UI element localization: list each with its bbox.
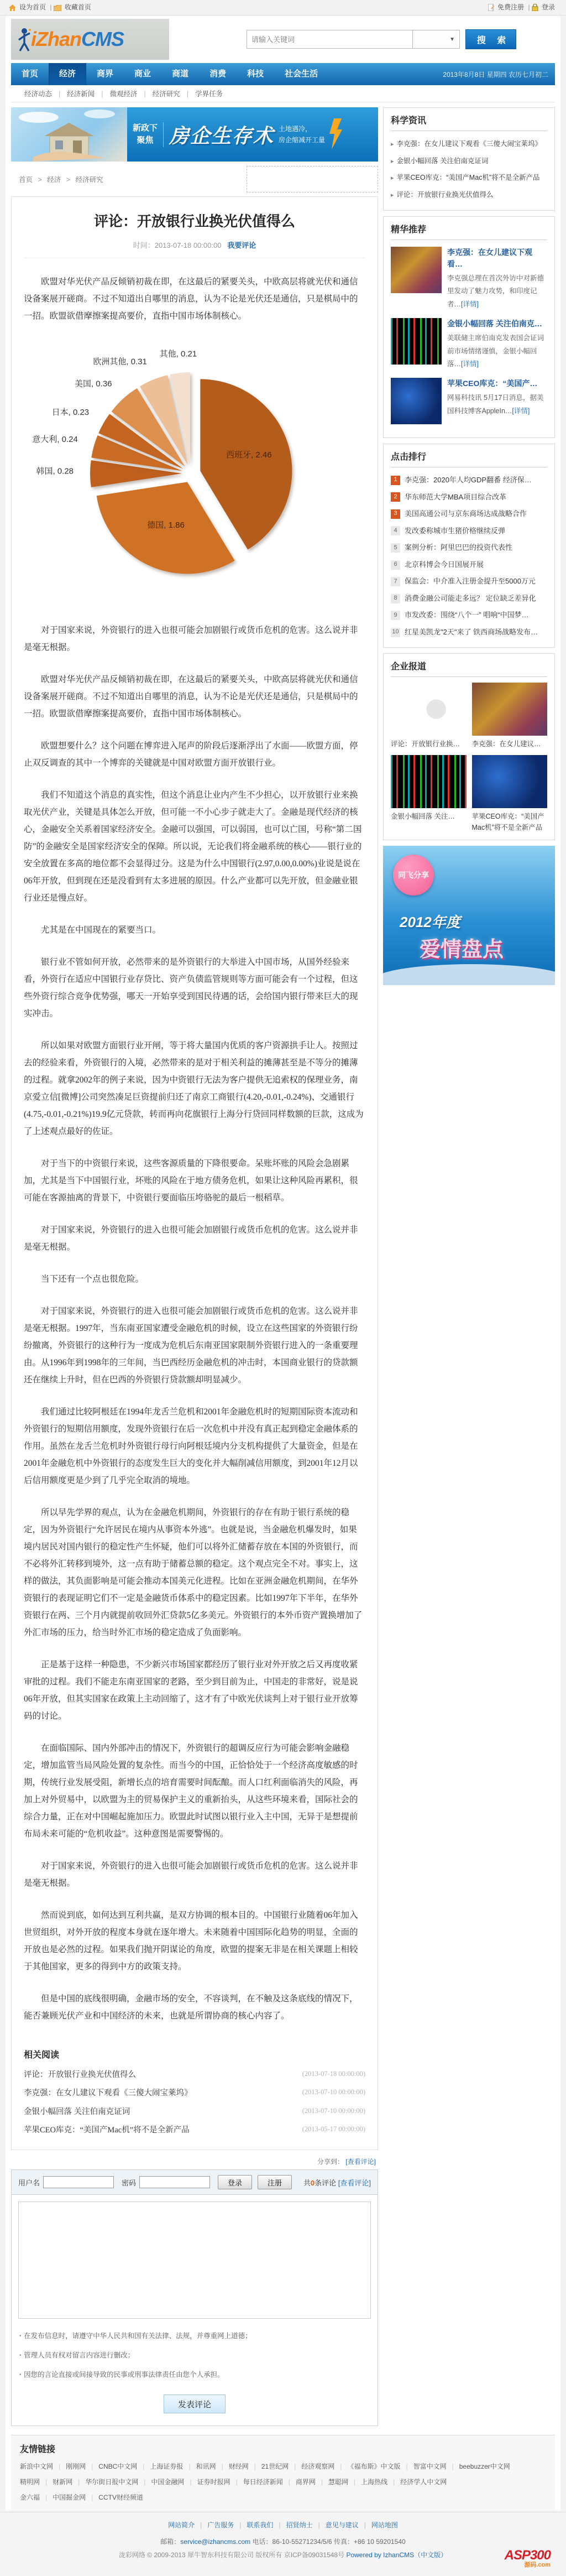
enterprise-thumbnail (391, 755, 467, 808)
ranking-item-link[interactable]: 美国高通公司与京东商场达成战略合作 (405, 506, 527, 523)
ad-line1: 2012年度 (400, 911, 460, 931)
ranking-item-link[interactable]: 华东师范大学MBA项目综合改革 (405, 489, 506, 506)
friend-link[interactable]: 金六福 (20, 2494, 40, 2501)
featured-item-title[interactable]: 苹果CEO库克：“美国产… (447, 378, 547, 389)
breadcrumb-separator: > (38, 176, 42, 184)
asp300-logo-sub: 源码.com (505, 2562, 551, 2568)
share-label: 分享到： (317, 2158, 344, 2166)
ranking-item: 2 华东师范大学MBA项目综合改革 (391, 489, 547, 506)
date-display: 2013年8月8日 星期四 农历七月初二 (443, 70, 555, 79)
left-column: 新政下 聚焦 房企生存术 土地遇冷， 房企缩减开工量 首页 > 经济 (11, 107, 378, 2426)
logo-text: iZhanCMS (31, 28, 124, 51)
list-item[interactable]: 评论：开放银行业换光伏值得么 (391, 186, 547, 204)
topbar-left: 设为首页 | 收藏首页 (9, 2, 93, 13)
folder-icon (54, 5, 61, 13)
ranking-item-link[interactable]: 红星美凯龙"2天"来了 铁西商场战略发布… (405, 624, 538, 641)
svg-text:韩国, 0.28: 韩国, 0.28 (36, 466, 74, 476)
nav-item[interactable]: 社会生活 (274, 63, 328, 85)
banner-sub2: 房企缩减开工量 (279, 134, 325, 145)
article-paragraph: 欧盟想要什么？这个问题在博弈进入尾声的阶段后逐渐浮出了水面——欧盟方面，停止双反… (24, 737, 365, 772)
breadcrumb: 首页 > 经济 > 经济研究 (11, 174, 103, 184)
featured-item-title[interactable]: 李克强：在女儿建议下观看… (447, 247, 547, 270)
logo-figure-icon (17, 27, 31, 52)
related-list: 评论：开放银行业换光伏值得么 (2013-07-18 00:00:00) 李克强… (24, 2066, 365, 2140)
register-page-icon (488, 4, 494, 13)
science-news-title: 科学资讯 (391, 113, 547, 131)
related-item-date: (2013-05-17 00:00:00) (302, 2121, 365, 2140)
main-nav: 首页经济商界商业商道消费科技社会生活 2013年8月8日 星期四 农历七月初二 (11, 63, 555, 85)
logo-text-suffix: CMS (81, 28, 124, 50)
featured-item-summary: 美联储主席伯南克发表国会证词前市场情绪谨慎，金银小幅回落…[详情] (447, 332, 547, 371)
rank-badge: 7 (391, 577, 400, 586)
enterprise-caption[interactable]: 李克强：在女儿建议… (472, 738, 548, 750)
footer-nav-link[interactable]: 联系我们 (234, 2521, 273, 2529)
topbar-separator2: | (528, 3, 530, 11)
comment-section: 用户名 密码 登录 注册 共0条评论 [查看评论] 在发布信息时，请遵守中华人民… (11, 2169, 378, 2426)
related-item: 苹果CEO库克：“美国产Mac机”将不是全新产品 (2013-05-17 00:… (24, 2121, 365, 2140)
friend-link[interactable]: 和讯网 (183, 2463, 216, 2470)
password-label: 密码 (122, 2177, 136, 2188)
banner-tag2: 聚焦 (133, 134, 158, 147)
nav-item[interactable]: 商业 (124, 63, 161, 85)
friend-link[interactable]: 中国掘金网 (40, 2494, 86, 2501)
ranking-title: 点击排行 (391, 450, 547, 467)
related-reading: 相关阅读 评论：开放银行业换光伏值得么 (2013-07-18 00:00:00… (24, 2048, 365, 2140)
list-item[interactable]: 李克强：在女儿建议下观看《三傻大闹宝莱坞》 (391, 136, 547, 153)
related-item-date: (2013-07-18 00:00:00) (302, 2066, 365, 2084)
friend-link[interactable]: CNBC中文网 (86, 2463, 137, 2470)
article-paragraph: 对于国家来说，外资银行的进入也很可能会加剧银行或货币危机的危害。这么说并非是毫无… (24, 1303, 365, 1388)
featured-item-summary: 网易科技讯 5月17日消息，据美国科技博客AppleIn…[详情] (447, 392, 547, 418)
comment-textarea[interactable] (18, 2202, 371, 2319)
banner-tag1: 新政下 (133, 122, 158, 135)
list-item[interactable]: 金银小幅回落 关注伯南克证词 (391, 153, 547, 170)
asp300-logo[interactable]: ASP300 源码.com (505, 2549, 551, 2568)
footer-contact: 邮箱：service@izhancms.com 电话：86-10-5527123… (0, 2535, 566, 2548)
right-sidebar: 科学资讯 李克强：在女儿建议下观看《三傻大闹宝莱坞》金银小幅回落 关注伯南克证词… (383, 107, 555, 991)
article-paragraph: 所以早先学界的观点，认为在金融危机期间，外资银行的存在有助于银行系统的稳定，因为… (24, 1504, 365, 1641)
nav-item[interactable]: 商道 (161, 63, 199, 85)
article-container: 评论：开放银行业换光伏值得么 时间：2013-07-18 00:00:00 我要… (11, 196, 378, 2150)
nav-item[interactable]: 科技 (237, 63, 274, 85)
ranking-item-link[interactable]: 北京科博会今日国展开展 (405, 556, 484, 574)
nav-item[interactable]: 消费 (199, 63, 237, 85)
comment-login-bar: 用户名 密码 登录 注册 共0条评论 [查看评论] (12, 2170, 378, 2195)
rank-badge: 3 (391, 509, 400, 519)
article-paragraph: 我们不知道这个消息的真实性，但这个消息让业内产生不少担心，以开放银行业来换取光伏… (24, 787, 365, 907)
friend-links-row2: 精明网财新网华尔街日报中文网中国金融网证券时报网每日经济新闻商界网慧聪网上海热线… (20, 2475, 546, 2490)
topbar-separator: | (50, 3, 51, 11)
list-item[interactable]: 苹果CEO库克：“美国产Mac机”将不是全新产品 (391, 169, 547, 186)
subnav-item[interactable]: 经济动态 (24, 89, 52, 98)
article-paragraph: 在面临国际、国内外部冲击的情况下，外资银行的超调反应行为可能会影响金融稳定，增加… (24, 1740, 365, 1843)
detail-link[interactable]: [详情] (461, 300, 479, 308)
related-item-date: (2013-07-10 00:00:00) (302, 2103, 365, 2121)
top-utility-bar: 设为首页 | 收藏首页 免费注册 | 登录 (0, 0, 566, 15)
comment-rule: 在发布信息时，请遵守中华人民共和国有关法律、法规，并尊重网上道德； (19, 2327, 370, 2346)
time-label: 时间： (133, 241, 155, 249)
enterprise-item[interactable]: 苹果CEO库克：“美国产Mac机”将不是全新产品 (472, 755, 548, 833)
friend-link[interactable]: 经济学人中文网 (387, 2478, 447, 2486)
enterprise-item[interactable]: 评论：开放银行业换… (391, 683, 467, 750)
chevron-down-icon: ▼ (449, 37, 455, 43)
article-paragraph: 银行业不管如何开放，必然带来的是外资银行的大举进入中国市场，从国外经验来看，外资… (24, 954, 365, 1022)
friend-link[interactable]: 中国金融网 (138, 2478, 184, 2486)
enterprise-thumbnail (472, 683, 548, 736)
site-footer: 网站简介广告服务联系我们招贤纳士意见与建议网站地图 邮箱：service@izh… (0, 2512, 566, 2576)
pie-slices (90, 372, 292, 574)
ranking-item: 9 市发改委：围绕“八个一” 唱响“中国梦… (391, 607, 547, 624)
friend-link[interactable]: 《福布斯》中文版 (334, 2463, 400, 2470)
ad-line2: 爱情盘点 (420, 932, 504, 962)
enterprise-thumbnail (472, 755, 548, 808)
featured-item[interactable]: 金银小幅回落 关注伯南克… 美联储主席伯南克发表国会证词前市场情绪谨慎，金银小幅… (391, 318, 547, 371)
login-link[interactable]: 登录 (542, 3, 555, 11)
friend-link[interactable]: 财经网 (216, 2463, 249, 2470)
enterprise-item[interactable]: 李克强：在女儿建议… (472, 683, 548, 750)
sub-nav: 经济动态经济新闻微观经济经济研究学界任务 (11, 85, 555, 102)
comment-count-prefix: 共 (303, 2179, 311, 2187)
ranking-item-link[interactable]: 消费金融公司能走多远？ 定位缺乏差异化 (405, 590, 536, 607)
search-input[interactable] (247, 30, 412, 49)
ranking-list: 1 李克强：2020年人均GDP翻番 经济保… 2 华东师范大学MBA项目综合改… (391, 472, 547, 641)
related-item-link[interactable]: 李克强：在女儿建议下观看《三傻大闹宝莱坞》 (24, 2084, 192, 2103)
asp300-logo-text: ASP300 (505, 2549, 551, 2562)
footer-nav-link[interactable]: 网站简介 (168, 2521, 195, 2529)
rank-badge: 1 (391, 476, 400, 485)
friend-links-row3: 金六福中国掘金网CCTV财经频道 (20, 2490, 546, 2506)
topbar-right: 免费注册 | 登录 (488, 2, 557, 13)
contact-rest: 电话：86-10-55271234/5/6 传真：+86 10 59201540 (253, 2538, 406, 2546)
friend-link[interactable]: 财新网 (40, 2478, 72, 2486)
footer-nav-link[interactable]: 网站地图 (359, 2521, 398, 2529)
ranking-item-link[interactable]: 发改委称城市生猪价格继续反弹 (405, 523, 505, 540)
subnav-item[interactable]: 学界任务 (180, 89, 223, 98)
featured-thumbnail (391, 247, 442, 293)
ranking-item-link[interactable]: 保监会：中介准入注册金提升至5000万元 (405, 573, 536, 590)
svg-text:德国, 1.86: 德国, 1.86 (147, 521, 185, 530)
contact-label: 邮箱： (160, 2538, 180, 2546)
article-paragraph: 当下还有一个点也很危险。 (24, 1271, 365, 1288)
promo-banner[interactable]: 新政下 聚焦 房企生存术 土地遇冷， 房企缩减开工量 (11, 107, 378, 162)
search-button[interactable]: 搜 索 (465, 29, 516, 49)
share-row: 分享到： [查看评论] (13, 2157, 376, 2166)
related-title: 相关阅读 (24, 2048, 365, 2060)
ranking-item: 1 李克强：2020年人均GDP翻番 经济保… (391, 472, 547, 489)
friend-link[interactable]: 上海热线 (348, 2478, 387, 2486)
featured-item-title[interactable]: 金银小幅回落 关注伯南克… (447, 318, 547, 330)
banner-house-image (11, 107, 127, 162)
register-link[interactable]: 免费注册 (497, 3, 524, 11)
friend-link[interactable]: 慧聪网 (316, 2478, 348, 2486)
article-paragraph: 对于当下的中资银行来说，这些客源质量的下降很要命。呆账坏账的风险会急剧累加，尤其… (24, 1155, 365, 1206)
banner-subtitle: 土地遇冷， 房企缩减开工量 (279, 123, 325, 146)
ranking-item-link[interactable]: 市发改委：围绕“八个一” 唱响“中国梦… (405, 607, 529, 624)
friend-link[interactable]: 商界网 (283, 2478, 316, 2486)
related-item: 评论：开放银行业换光伏值得么 (2013-07-18 00:00:00) (24, 2066, 365, 2084)
featured-item-summary: 李克强总理在首次外访中对新德里发动了魅力攻势，和印度记者…[详情] (447, 272, 547, 311)
enterprise-item[interactable]: 金银小幅回落 关注… (391, 755, 467, 833)
lock-icon (532, 4, 538, 13)
ranking-item: 5 案例分析：阿里巴巴的投资代表性 (391, 539, 547, 556)
friend-link[interactable]: 刚刚网 (53, 2463, 86, 2470)
rank-badge: 9 (391, 611, 400, 620)
breadcrumb-home[interactable]: 首页 (19, 176, 33, 184)
breadcrumb-section[interactable]: 经济 (47, 176, 61, 184)
view-comments-link[interactable]: [查看评论] (345, 2158, 376, 2166)
related-item-link[interactable]: 苹果CEO库克：“美国产Mac机”将不是全新产品 (24, 2121, 190, 2140)
footer-copyright: 泷彩网络 © 2009-2013 犀牛智东科技有限公司 版权所有 京ICP备09… (0, 2548, 566, 2562)
footer-nav-link[interactable]: 招贤纳士 (273, 2521, 312, 2529)
enterprise-grid: 评论：开放银行业换… 李克强：在女儿建议… 金银小幅回落 关注… 苹果CEO库克… (391, 683, 547, 833)
friend-link[interactable]: CCTV财经频道 (86, 2494, 143, 2501)
friend-link[interactable]: 每日经济新闻 (230, 2478, 283, 2486)
set-home-link[interactable]: 设为首页 (19, 3, 46, 11)
main-nav-items: 首页经济商界商业商道消费科技社会生活 (11, 63, 328, 85)
svg-text:意大利, 0.24: 意大利, 0.24 (32, 435, 78, 444)
rank-badge: 5 (391, 543, 400, 553)
rank-badge: 4 (391, 526, 400, 535)
article-paragraph: 然而说到底，如何达到互利共赢，是双方协调的根本目的。中国银行业随着06年加入世贸… (24, 1907, 365, 1975)
username-label: 用户名 (18, 2177, 40, 2188)
article-paragraph: 对于国家来说，外资银行的进入也很可能会加剧银行或货币危机的危害。这么说并非是毫无… (24, 1221, 365, 1256)
featured-thumbnail (391, 378, 442, 424)
detail-link[interactable]: [详情] (461, 360, 479, 368)
ranking-item: 6 北京科博会今日国展开展 (391, 556, 547, 574)
ranking-item: 4 发改委称城市生猪价格继续反弹 (391, 523, 547, 540)
email-link[interactable]: service@izhancms.com (180, 2538, 250, 2546)
ad-banner-2012[interactable]: 同飞分享 2012年度 爱情盘点 (383, 846, 555, 985)
rank-badge: 8 (391, 594, 400, 603)
banner-title: 房企生存术 (169, 121, 274, 149)
friend-link[interactable]: 上海证券报 (137, 2463, 183, 2470)
ranking-item-link[interactable]: 李克强：2020年人均GDP翻番 经济保… (405, 472, 532, 489)
friend-link[interactable]: 21世纪网 (249, 2463, 289, 2470)
article-paragraph: 欧盟对华光伏产品反倾销初裁在即，在这最后的紧要关头，中欧高层将就光伏和通信设备案… (24, 273, 365, 325)
fav-home-link[interactable]: 收藏首页 (65, 3, 91, 11)
password-field[interactable] (139, 2176, 210, 2188)
friend-link[interactable]: 智富中文网 (400, 2463, 446, 2470)
enterprise-box: 企业报道 评论：开放银行业换… 李克强：在女儿建议… 金银小幅回落 关注… (383, 653, 555, 840)
comment-rule: 管理人员有权对留言内容进行删改； (19, 2346, 370, 2365)
related-item-date: (2013-07-10 00:00:00) (302, 2084, 365, 2103)
related-item: 李克强：在女儿建议下观看《三傻大闹宝莱坞》 (2013-07-10 00:00:… (24, 2084, 365, 2103)
breadcrumb-current: 经济研究 (76, 176, 103, 184)
article-intro: 欧盟对华光伏产品反倾销初裁在即，在这最后的紧要关头，中欧高层将就光伏和通信设备案… (24, 273, 365, 325)
article-paragraph: 尤其是在中国现在的紧要当口。 (24, 922, 365, 939)
enterprise-title: 企业报道 (391, 659, 547, 677)
site-header: iZhanCMS ▼ 搜 索 (11, 15, 555, 63)
friend-links-title: 友情链接 (20, 2442, 546, 2455)
nav-item[interactable]: 商界 (86, 63, 124, 85)
search-bar: ▼ 搜 索 (247, 29, 516, 49)
footer-nav-link[interactable]: 广告服务 (195, 2521, 234, 2529)
detail-link[interactable]: [详情] (512, 407, 530, 415)
article-body-paragraphs: 对于国家来说，外资银行的进入也很可能会加剧银行或货币危机的危害。这么说并非是毫无… (24, 622, 365, 2025)
featured-list: 李克强：在女儿建议下观看… 李克强总理在首次外访中对新德里发动了魅力攻势，和印度… (391, 247, 547, 425)
rank-badge: 10 (391, 628, 400, 637)
ranking-item: 10 红星美凯龙"2天"来了 铁西商场战略发布… (391, 624, 547, 641)
comment-rule: 因您的言论直接或间接导致的民事或刑事法律责任由您个人承担。 (19, 2365, 370, 2385)
related-item-link[interactable]: 金银小幅回落 关注伯南克证词 (24, 2103, 130, 2121)
svg-text:美国, 0.36: 美国, 0.36 (75, 379, 112, 389)
related-item-link[interactable]: 评论：开放银行业换光伏值得么 (24, 2066, 136, 2084)
svg-text:西班牙, 2.46: 西班牙, 2.46 (226, 450, 272, 460)
banner-sub1: 土地遇冷， (279, 123, 325, 134)
article-meta: 时间：2013-07-18 00:00:00 我要评论 (24, 240, 365, 258)
related-item: 金银小幅回落 关注伯南克证词 (2013-07-10 00:00:00) (24, 2103, 365, 2121)
home-icon (9, 4, 16, 13)
featured-item[interactable]: 苹果CEO库克：“美国产… 网易科技讯 5月17日消息，据美国科技博客Apple… (391, 378, 547, 424)
featured-box: 精华推荐 李克强：在女儿建议下观看… 李克强总理在首次外访中对新德里发动了魅力攻… (383, 216, 555, 439)
breadcrumb-separator2: > (66, 176, 70, 184)
login-button[interactable]: 登录 (218, 2175, 252, 2189)
comment-count-suffix: 条评论 (315, 2179, 336, 2187)
comment-now-link[interactable]: 我要评论 (227, 241, 256, 249)
banner-text-area: 新政下 聚焦 房企生存术 土地遇冷， 房企缩减开工量 (127, 107, 378, 162)
site-logo[interactable]: iZhanCMS (11, 19, 169, 60)
article-paragraph: 但是中国的底线很明确，金融市场的安全，不容谈判，在不触及这条底线的情况下，能否兼… (24, 1990, 365, 2025)
ad-cloud-decoration (383, 964, 555, 985)
username-field[interactable] (43, 2176, 114, 2188)
science-news-list: 李克强：在女儿建议下观看《三傻大闹宝莱坞》金银小幅回落 关注伯南克证词苹果CEO… (391, 136, 547, 204)
friend-link[interactable]: 证券时报网 (184, 2478, 230, 2486)
rank-badge: 6 (391, 560, 400, 570)
friend-link[interactable]: 华尔街日报中文网 (72, 2478, 138, 2486)
svg-text:欧洲其他, 0.31: 欧洲其他, 0.31 (93, 357, 147, 367)
search-category-select[interactable]: ▼ (412, 30, 460, 49)
view-comments-link2[interactable]: [查看评论] (338, 2179, 371, 2187)
submit-comment-button[interactable]: 发表评论 (164, 2395, 226, 2413)
powered-by-link[interactable]: Powered by IzhanCMS（中文版） (346, 2551, 447, 2559)
article-paragraph: 对于国家来说，外资银行的进入也很可能会加剧银行或货币危机的危害。这么说并非是毫无… (24, 622, 365, 656)
svg-text:日本, 0.23: 日本, 0.23 (52, 408, 90, 417)
featured-thumbnail (391, 318, 442, 365)
enterprise-caption[interactable]: 苹果CEO库克：“美国产Mac机”将不是全新产品 (472, 811, 548, 833)
svg-text:其他, 0.21: 其他, 0.21 (160, 348, 197, 358)
ranking-item: 8 消费金融公司能走多远？ 定位缺乏差异化 (391, 590, 547, 607)
article-paragraph: 所以如果对欧盟方面银行业开闸，等于将大量国内优质的客户资源拱手让人。按照过去的经… (24, 1037, 365, 1140)
ranking-box: 点击排行 1 李克强：2020年人均GDP翻番 经济保… 2 华东师范大学MBA… (383, 444, 555, 648)
logo-text-main: iZhan (31, 28, 81, 50)
subnav-item[interactable]: 微观经济 (95, 89, 137, 98)
subnav-item[interactable]: 经济研究 (138, 89, 180, 98)
enterprise-caption[interactable]: 金银小幅回落 关注… (391, 811, 467, 822)
article-paragraph: 我们通过比较阿根廷在1994年龙舌兰危机和2001年金融危机时的短期国际资本流动… (24, 1403, 365, 1489)
enterprise-thumbnail (391, 683, 467, 736)
comment-count: 共0条评论 [查看评论] (303, 2177, 371, 2188)
science-news-box: 科学资讯 李克强：在女儿建议下观看《三傻大闹宝莱坞》金银小幅回落 关注伯南克证词… (383, 107, 555, 211)
empty-ad-placeholder (247, 166, 378, 192)
friend-links-section: 友情链接 新浪中文网刚刚网CNBC中文网上海证券报和讯网财经网21世纪网经济观察… (11, 2435, 555, 2511)
friend-links-row1: 新浪中文网刚刚网CNBC中文网上海证券报和讯网财经网21世纪网经济观察网《福布斯… (20, 2459, 546, 2475)
register-button[interactable]: 注册 (258, 2175, 292, 2189)
subnav-item[interactable]: 经济新闻 (52, 89, 95, 98)
featured-item[interactable]: 李克强：在女儿建议下观看… 李克强总理在首次外访中对新德里发动了魅力攻势，和印度… (391, 247, 547, 311)
nav-item[interactable]: 经济 (49, 63, 86, 85)
article-paragraph: 正是基于这样一种隐患，不少新兴市场国家都经历了银行业对外开放之后又再度收紧审批的… (24, 1656, 365, 1725)
footer-nav-link[interactable]: 意见与建议 (313, 2521, 359, 2529)
article-paragraph: 欧盟对华光伏产品反倾销初裁在即，在这最后的紧要关头，中欧高层将就光伏和通信设备案… (24, 671, 365, 722)
article-title: 评论：开放银行业换光伏值得么 (24, 210, 365, 231)
ranking-item: 7 保监会：中介准入注册金提升至5000万元 (391, 573, 547, 590)
article-paragraph: 对于国家来说，外资银行的进入也很可能会加剧银行或货币危机的危害。这么说并非是毫无… (24, 1857, 365, 1892)
featured-title: 精华推荐 (391, 222, 547, 240)
down-arrow-icon (328, 118, 343, 151)
friend-link[interactable]: 精明网 (20, 2478, 40, 2486)
friend-link[interactable]: beebuzzer中文网 (447, 2463, 510, 2470)
rank-badge: 2 (391, 492, 400, 502)
banner-tags: 新政下 聚焦 (133, 122, 164, 147)
article-time: 2013-07-18 00:00:00 (155, 241, 222, 249)
footer-nav: 网站简介广告服务联系我们招贤纳士意见与建议网站地图 (0, 2520, 566, 2530)
enterprise-caption[interactable]: 评论：开放银行业换… (391, 738, 467, 750)
pie-chart: 西班牙, 2.46德国, 1.86韩国, 0.28意大利, 0.24日本, 0.… (24, 340, 365, 607)
nav-item[interactable]: 首页 (11, 63, 49, 85)
ranking-item-link[interactable]: 案例分析：阿里巴巴的投资代表性 (405, 539, 512, 556)
friend-link[interactable]: 经济观察网 (289, 2463, 334, 2470)
ad-brand-logo: 同飞分享 (393, 855, 434, 896)
friend-link[interactable]: 新浪中文网 (20, 2463, 53, 2470)
ranking-item: 3 美国高通公司与京东商场达成战略合作 (391, 506, 547, 523)
comment-rules: 在发布信息时，请遵守中华人民共和国有关法律、法规，并尊重网上道德；管理人员有权对… (12, 2325, 378, 2389)
copyright-text: 泷彩网络 © 2009-2013 犀牛智东科技有限公司 版权所有 京ICP备09… (119, 2551, 344, 2559)
